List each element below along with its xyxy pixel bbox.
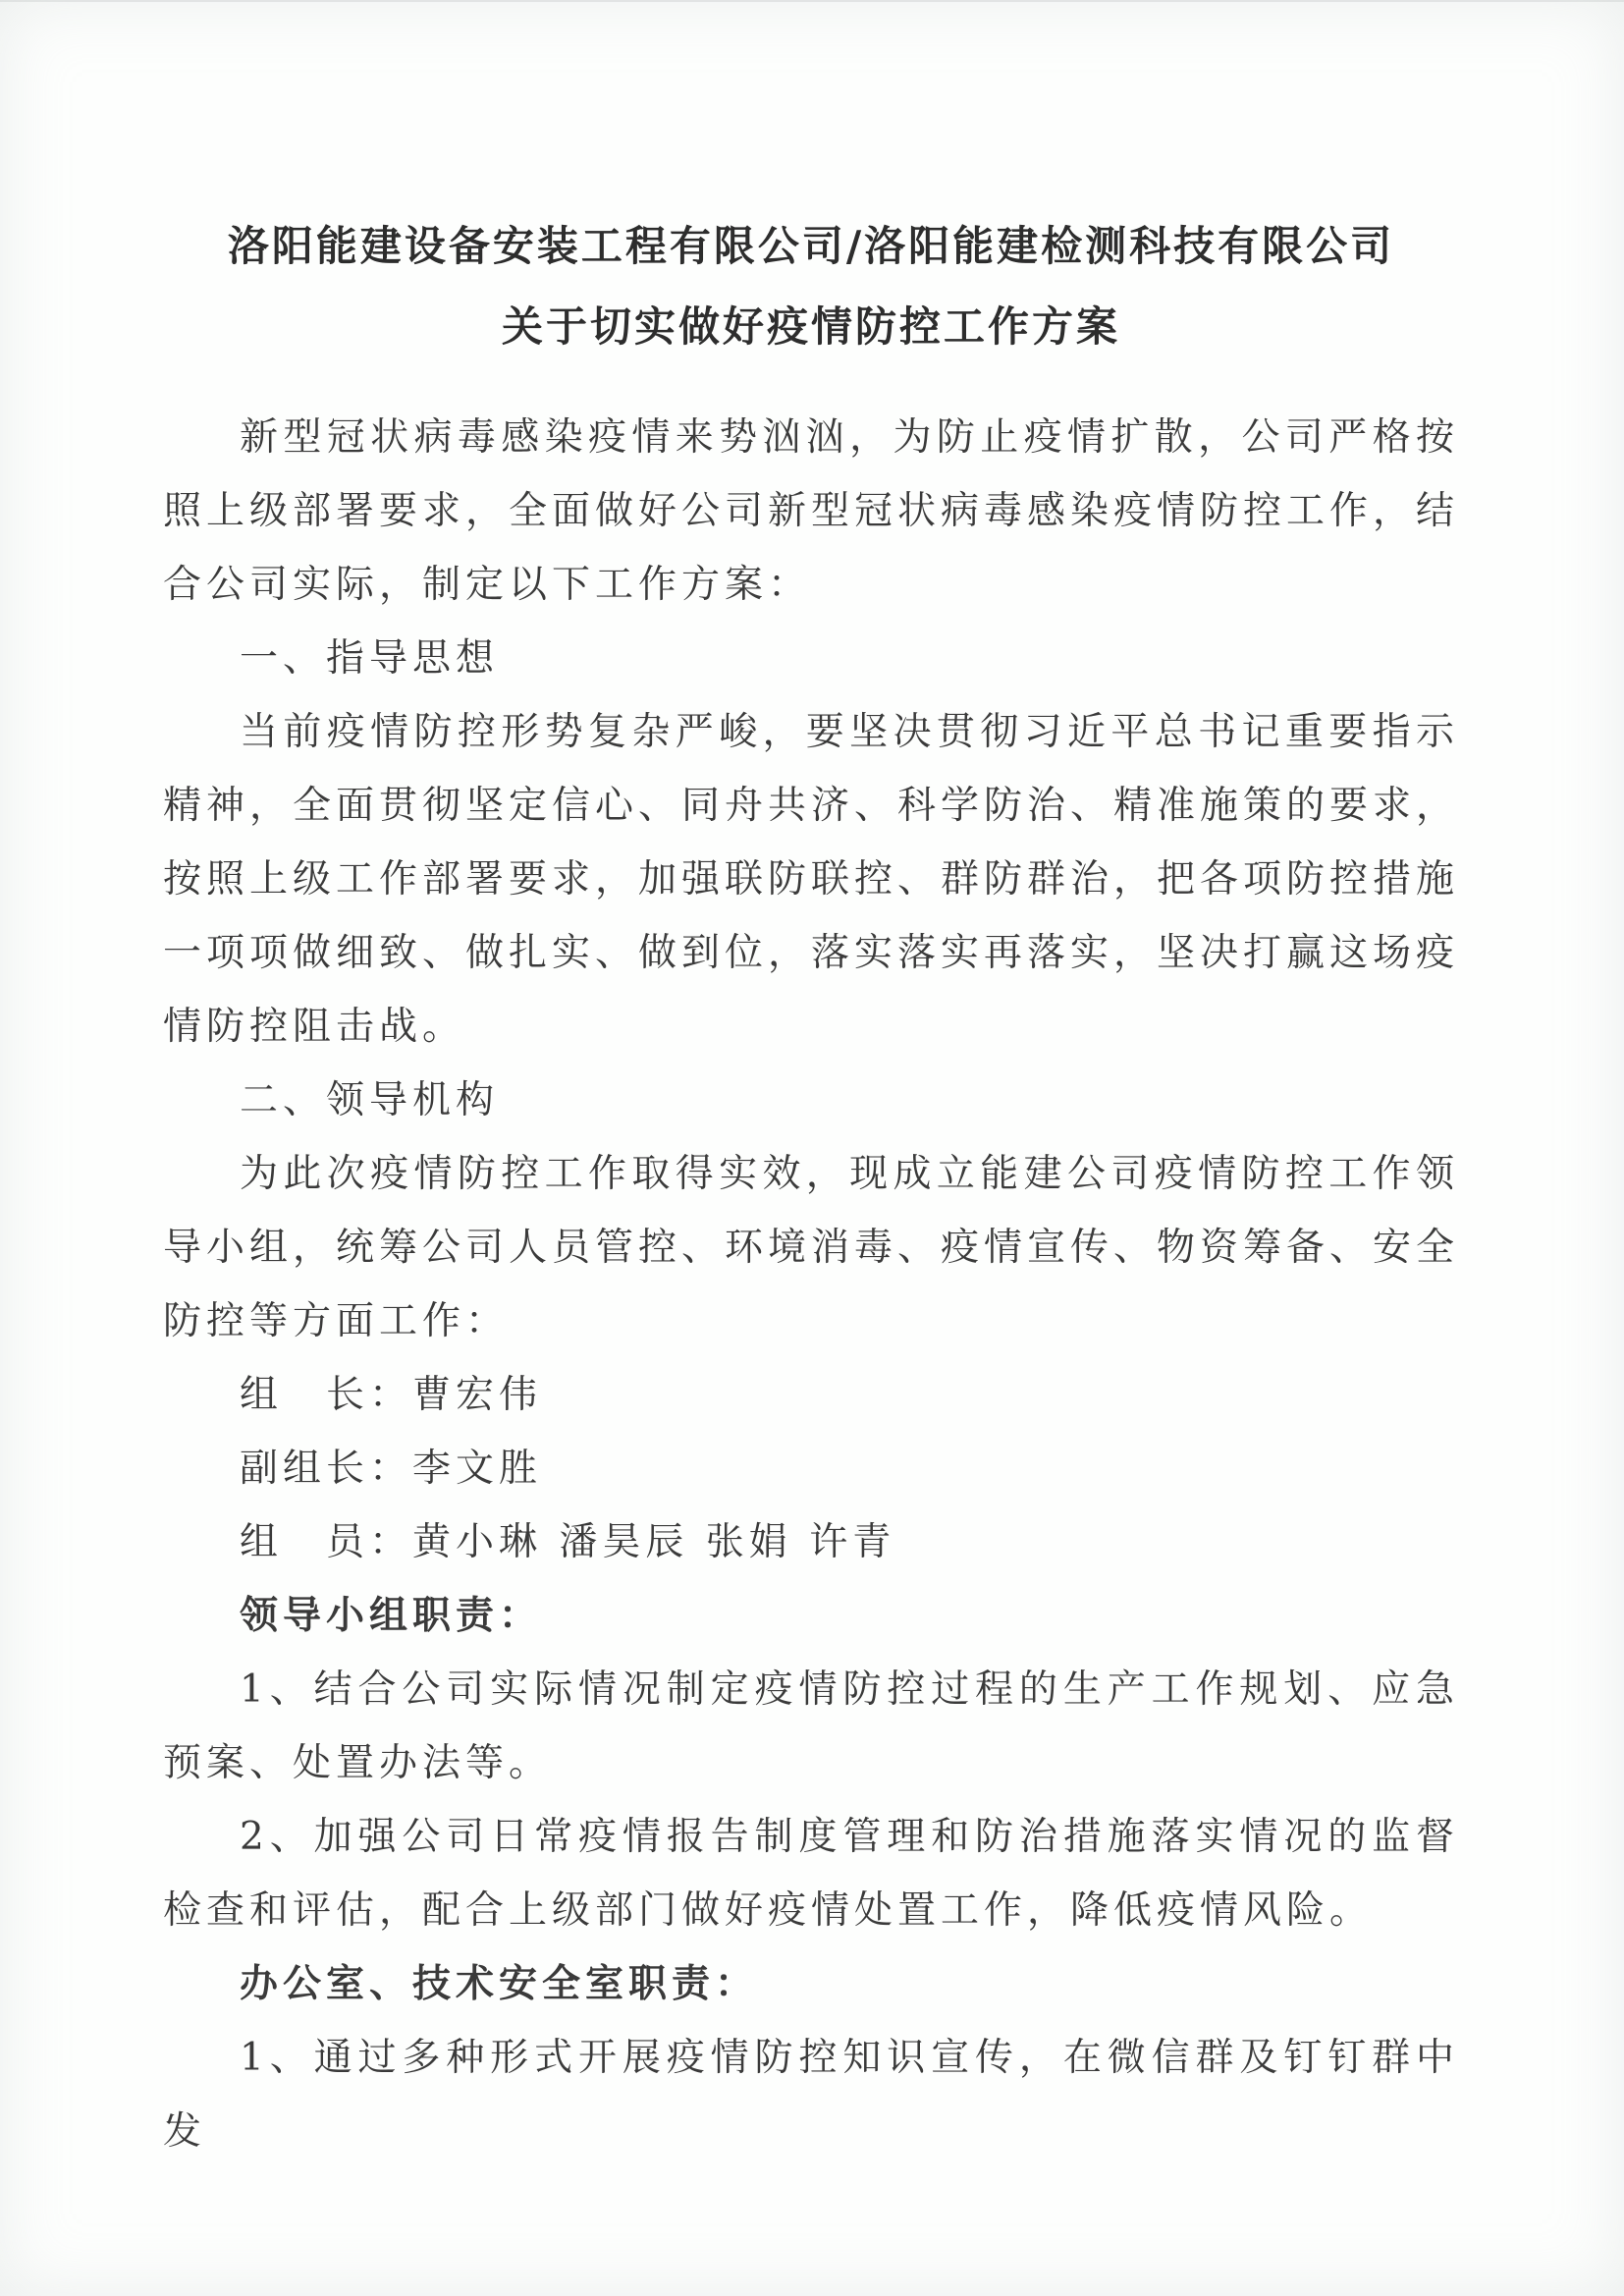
section2-paragraph: 为此次疫情防控工作取得实效，现成立能建公司疫情防控工作领导小组，统筹公司人员管控… — [163, 1137, 1459, 1358]
section1-heading: 一、指导思想 — [163, 622, 1459, 695]
section1-paragraph: 当前疫情防控形势复杂严峻，要坚决贯彻习近平总书记重要指示精神，全面贯彻坚定信心、… — [163, 695, 1459, 1064]
section2-heading: 二、领导机构 — [163, 1064, 1459, 1137]
office-duties-heading: 办公室、技术安全室职责： — [163, 1947, 1459, 2021]
document-title: 洛阳能建设备安装工程有限公司/洛阳能建检测科技有限公司 关于切实做好疫情防控工作… — [163, 206, 1459, 367]
group-members-line: 组 员：黄小琳 潘昊辰 张娟 许青 — [163, 1505, 1459, 1579]
group-leader-line: 组 长：曹宏伟 — [163, 1358, 1459, 1432]
office-duty-1-partial: 1、通过多种形式开展疫情防控知识宣传，在微信群及钉钉群中发 — [163, 2021, 1459, 2168]
document-title-line1: 洛阳能建设备安装工程有限公司/洛阳能建检测科技有限公司 — [163, 206, 1459, 287]
deputy-leader-line: 副组长：李文胜 — [163, 1432, 1459, 1505]
scanned-document-page: 洛阳能建设备安装工程有限公司/洛阳能建检测科技有限公司 关于切实做好疫情防控工作… — [0, 0, 1624, 2296]
document-title-line2: 关于切实做好疫情防控工作方案 — [163, 287, 1459, 367]
intro-paragraph: 新型冠状病毒感染疫情来势汹汹，为防止疫情扩散，公司严格按照上级部署要求，全面做好… — [163, 401, 1459, 622]
leading-group-duties-heading: 领导小组职责： — [163, 1579, 1459, 1653]
leading-group-duty-1: 1、结合公司实际情况制定疫情防控过程的生产工作规划、应急预案、处置办法等。 — [163, 1653, 1459, 1800]
document-body: 新型冠状病毒感染疫情来势汹汹，为防止疫情扩散，公司严格按照上级部署要求，全面做好… — [163, 401, 1459, 2168]
leading-group-duty-2: 2、加强公司日常疫情报告制度管理和防治措施落实情况的监督检查和评估，配合上级部门… — [163, 1800, 1459, 1947]
